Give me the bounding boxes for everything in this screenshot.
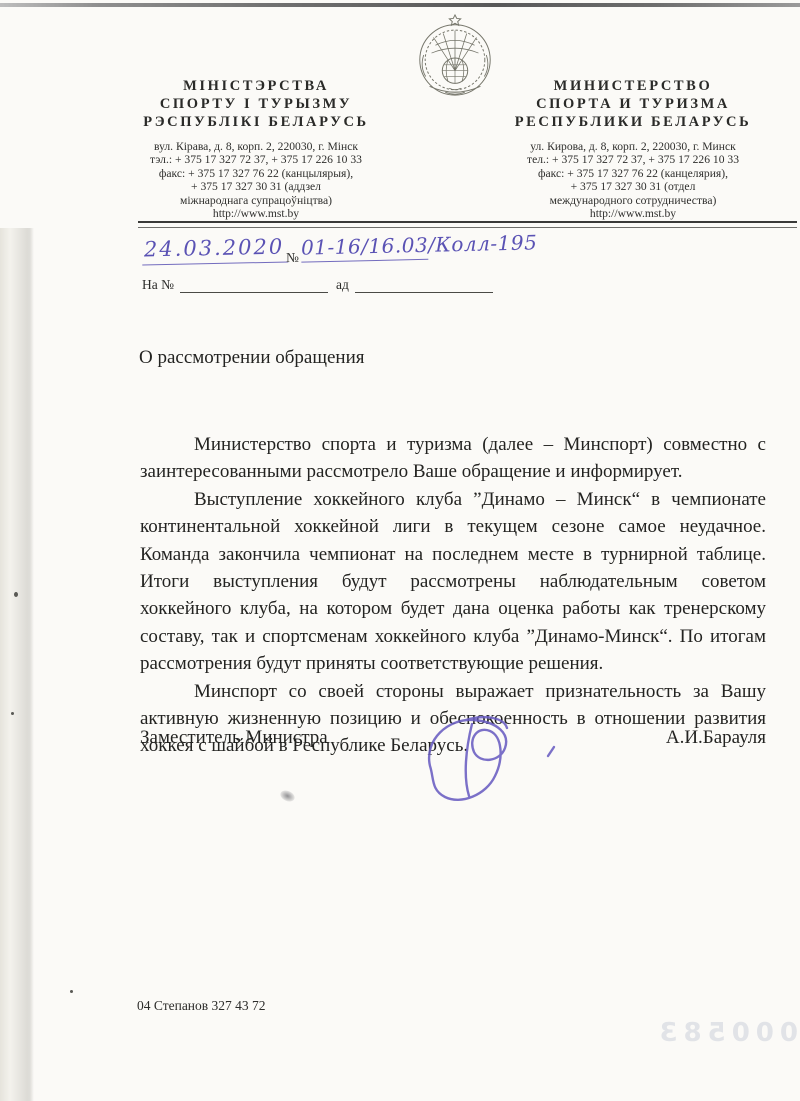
ministry-title-ru-line3: РЕСПУБЛИКИ БЕЛАРУСЬ: [470, 113, 796, 131]
handwritten-outgoing-number: 01-16/16.03/Колл-195: [301, 230, 538, 259]
address-by-website: http://www.mst.by: [72, 207, 440, 220]
ministry-address-by: вул. Кірава, д. 8, корп. 2, 220030, г. М…: [72, 140, 440, 220]
reply-date-blank: [355, 279, 493, 293]
body-paragraph-1: Министерство спорта и туризма (далее – М…: [140, 431, 766, 486]
reply-number-blank: [180, 279, 328, 293]
address-by-phone: тэл.: + 375 17 327 72 37, + 375 17 226 1…: [72, 153, 440, 166]
address-ru-dept: международного сотрудничества): [470, 194, 796, 207]
scanned-letter-page: МІНІСТЭРСТВА СПОРТУ І ТУРЫЗМУ РЭСПУБЛІКІ…: [0, 0, 800, 1101]
letter-subject: О рассмотрении обращения: [139, 347, 365, 369]
letterhead-belarusian: МІНІСТЭРСТВА СПОРТУ І ТУРЫЗМУ РЭСПУБЛІКІ…: [72, 77, 440, 220]
letterhead-russian: МИНИСТЕРСТВО СПОРТА И ТУРИЗМА РЕСПУБЛИКИ…: [470, 77, 796, 220]
handwritten-number-main: 01-16/16.03: [301, 233, 429, 263]
reply-prefix-label: На №: [142, 277, 174, 292]
handwritten-number-tail: /Колл-195: [428, 230, 538, 256]
scan-speck: [70, 990, 73, 993]
letterhead-divider-rule: [138, 221, 797, 228]
ministry-title-by: МІНІСТЭРСТВА СПОРТУ І ТУРЫЗМУ РЭСПУБЛІКІ…: [72, 77, 440, 131]
address-ru-street: ул. Кирова, д. 8, корп. 2, 220030, г. Ми…: [470, 140, 796, 153]
address-by-dept: міжнароднага супрацоўніцтва): [72, 194, 440, 207]
scan-top-edge-artifact: [0, 3, 800, 7]
address-by-fax2: + 375 17 327 30 31 (аддзел: [72, 180, 440, 193]
executor-reference: 04 Степанов 327 43 72: [137, 998, 266, 1014]
body-paragraph-2: Выступление хоккейного клуба ”Динамо – М…: [140, 486, 766, 678]
reply-reference-line: На №ад: [142, 277, 493, 293]
ink-smudge-artifact: [279, 788, 297, 803]
signer-position-title: Заместитель Министра: [140, 727, 328, 749]
address-by-street: вул. Кірава, д. 8, корп. 2, 220030, г. М…: [72, 140, 440, 153]
address-by-fax: факс: + 375 17 327 76 22 (канцылярыя),: [72, 167, 440, 180]
ministry-title-ru-line1: МИНИСТЕРСТВО: [470, 77, 796, 95]
ministry-address-ru: ул. Кирова, д. 8, корп. 2, 220030, г. Ми…: [470, 140, 796, 220]
bleedthrough-number: 000583: [648, 1018, 798, 1048]
address-ru-fax: факс: + 375 17 327 76 22 (канцелярия),: [470, 167, 796, 180]
ministry-title-by-line1: МІНІСТЭРСТВА: [72, 77, 440, 95]
scan-speck: [11, 712, 14, 715]
reply-connector-label: ад: [336, 277, 349, 292]
address-ru-website: http://www.mst.by: [470, 207, 796, 220]
scan-left-crease-artifact: [0, 228, 34, 1101]
signer-name: А.И.Барауля: [666, 727, 766, 749]
ministry-title-ru-line2: СПОРТА И ТУРИЗМА: [470, 95, 796, 113]
handwritten-date: 24.03.2020: [142, 234, 289, 265]
scan-speck: [14, 592, 18, 597]
ministry-title-by-line3: РЭСПУБЛІКІ БЕЛАРУСЬ: [72, 113, 440, 131]
ministry-title-by-line2: СПОРТУ І ТУРЫЗМУ: [72, 95, 440, 113]
address-ru-fax2: + 375 17 327 30 31 (отдел: [470, 180, 796, 193]
ministry-title-ru: МИНИСТЕРСТВО СПОРТА И ТУРИЗМА РЕСПУБЛИКИ…: [470, 77, 796, 131]
number-sign-label: №: [286, 250, 299, 266]
address-ru-phone: тел.: + 375 17 327 72 37, + 375 17 226 1…: [470, 153, 796, 166]
handwritten-signature-icon: [408, 708, 568, 810]
